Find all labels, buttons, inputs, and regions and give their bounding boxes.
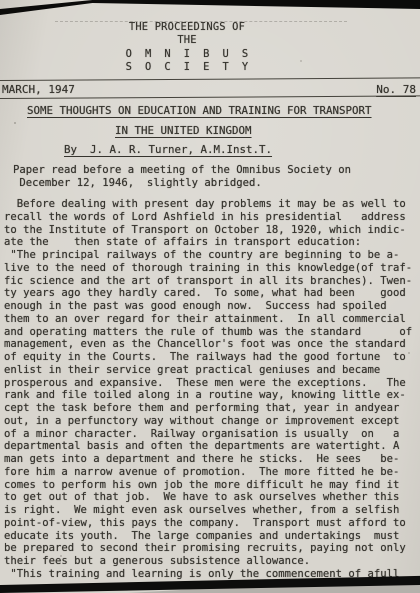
scan-specks xyxy=(0,0,2,2)
masthead: THE PROCEEDINGS OF THE O M N I B U S S O… xyxy=(0,21,397,74)
masthead-line-2: THE xyxy=(0,34,397,47)
article-note: Paper read before a meeting of the Omnib… xyxy=(13,164,351,190)
issue-date: MARCH, 1947 xyxy=(2,83,75,96)
article-body: Before dealing with present day problems… xyxy=(4,198,412,581)
masthead-line-4: S O C I E T Y xyxy=(0,61,397,74)
issue-bar: MARCH, 1947 No. 78 xyxy=(2,83,416,96)
article-title-line-1: SOME THOUGHTS ON EDUCATION AND TRAINING … xyxy=(27,104,372,117)
issue-bar-rule-top xyxy=(0,77,420,81)
scanned-document-page: THE PROCEEDINGS OF THE O M N I B U S S O… xyxy=(0,0,420,593)
article-title-line-2: IN THE UNITED KINGDOM xyxy=(115,124,252,137)
scan-edge-top xyxy=(0,0,420,16)
masthead-line-1: THE PROCEEDINGS OF xyxy=(0,21,397,34)
issue-number: No. 78 xyxy=(376,83,416,96)
masthead-line-3: O M N I B U S xyxy=(0,48,397,61)
article-byline: By J. A. R. Turner, A.M.Inst.T. xyxy=(64,143,272,156)
